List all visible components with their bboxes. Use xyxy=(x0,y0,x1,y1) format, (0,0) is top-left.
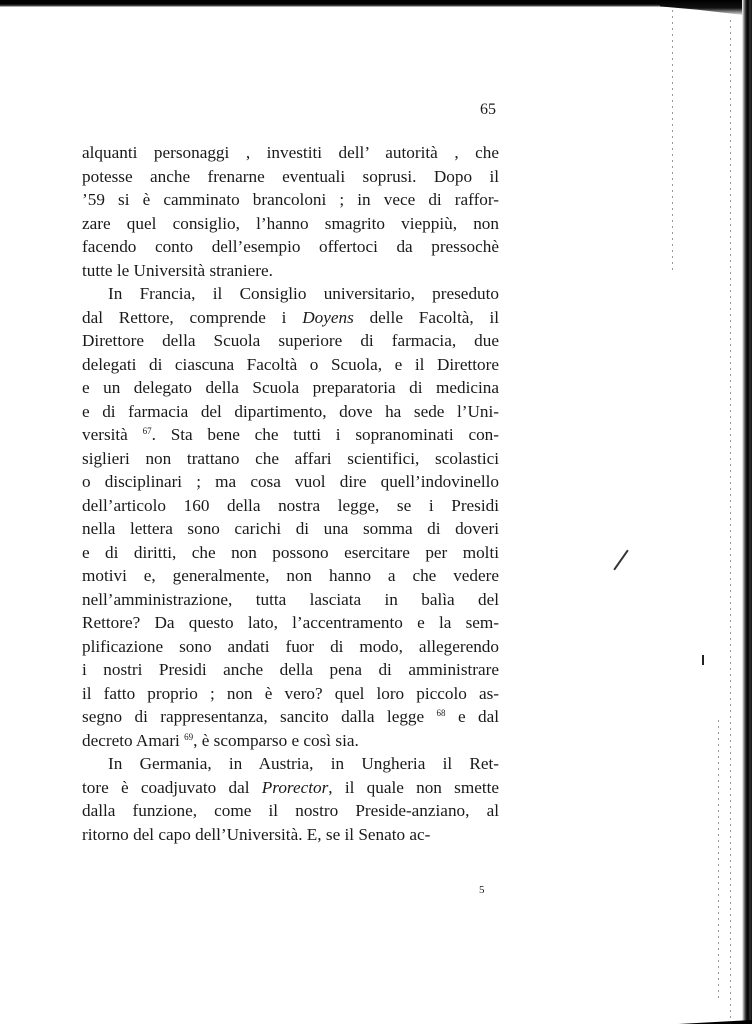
body-text: alquanti personaggi , investiti dell’ au… xyxy=(82,141,499,846)
text-line: potesse anche frenarne eventuali soprusi… xyxy=(82,165,499,189)
italic-term: Doyens xyxy=(302,308,354,327)
text-line: segno di rappresentanza, sancito dalla l… xyxy=(82,705,499,729)
text-line: ritorno del capo dell’Università. E, se … xyxy=(82,823,499,847)
footnote-ref: 69 xyxy=(184,732,193,742)
text-line: In Francia, il Consiglio universitario, … xyxy=(82,282,499,306)
text-line: e di diritti, che non possono esercitare… xyxy=(82,541,499,565)
text-line: delegati di ciascuna Facoltà o Scuola, e… xyxy=(82,353,499,377)
scan-top-edge xyxy=(0,0,752,7)
page-number: 65 xyxy=(480,100,496,120)
text-line: facendo conto dell’esempio offertoci da … xyxy=(82,235,499,259)
text-line: plificazione sono andati fuor di modo, a… xyxy=(82,635,499,659)
signature-mark: 5 xyxy=(479,883,485,897)
gutter-speckle xyxy=(718,720,719,1000)
text-line: alquanti personaggi , investiti dell’ au… xyxy=(82,141,499,165)
text-line: o disciplinari ; ma cosa vuol dire quell… xyxy=(82,470,499,494)
gutter-speckle xyxy=(730,20,731,1020)
scan-bottom-edge xyxy=(660,1020,752,1024)
footnote-ref: 68 xyxy=(437,708,446,718)
text-line: il fatto proprio ; non è vero? quel loro… xyxy=(82,682,499,706)
footnote-ref: 67 xyxy=(143,426,152,436)
italic-term: Prorector xyxy=(262,778,329,797)
text-line: nella lettera sono carichi di una somma … xyxy=(82,517,499,541)
text-line: dell’articolo 160 della nostra legge, se… xyxy=(82,494,499,518)
text-line: ’59 si è camminato brancoloni ; in vece … xyxy=(82,188,499,212)
text-line: Rettore? Da questo lato, l’accentramento… xyxy=(82,611,499,635)
gutter-speckle xyxy=(672,10,673,270)
text-line: tutte le Università straniere. xyxy=(82,259,499,283)
text-line: siglieri non trattano che affari scienti… xyxy=(82,447,499,471)
text-line: motivi e, generalmente, non hanno a che … xyxy=(82,564,499,588)
paragraph: alquanti personaggi , investiti dell’ au… xyxy=(82,141,499,282)
text-line: e un delegato della Scuola preparatoria … xyxy=(82,376,499,400)
scan-corner-shadow xyxy=(660,0,752,16)
text-line: Direttore della Scuola superiore di farm… xyxy=(82,329,499,353)
text-line: In Germania, in Austria, in Ungheria il … xyxy=(82,752,499,776)
paragraph: In Germania, in Austria, in Ungheria il … xyxy=(82,752,499,846)
text-line: versità 67. Sta bene che tutti i soprano… xyxy=(82,423,499,447)
stray-mark xyxy=(702,655,704,665)
text-line: dal Rettore, comprende i Doyens delle Fa… xyxy=(82,306,499,330)
stray-pencil-mark xyxy=(613,550,628,571)
text-line: i nostri Presidi anche della pena di amm… xyxy=(82,658,499,682)
text-line: zare quel consiglio, l’hanno smagrito vi… xyxy=(82,212,499,236)
book-binding-edge xyxy=(742,0,752,1024)
text-line: decreto Amari 69, è scomparso e così sia… xyxy=(82,729,499,753)
text-line: nell’amministrazione, tutta lasciata in … xyxy=(82,588,499,612)
text-line: dalla funzione, come il nostro Preside-a… xyxy=(82,799,499,823)
paragraph: In Francia, il Consiglio universitario, … xyxy=(82,282,499,752)
text-line: e di farmacia del dipartimento, dove ha … xyxy=(82,400,499,424)
text-line: tore è coadjuvato dal Prorector, il qual… xyxy=(82,776,499,800)
